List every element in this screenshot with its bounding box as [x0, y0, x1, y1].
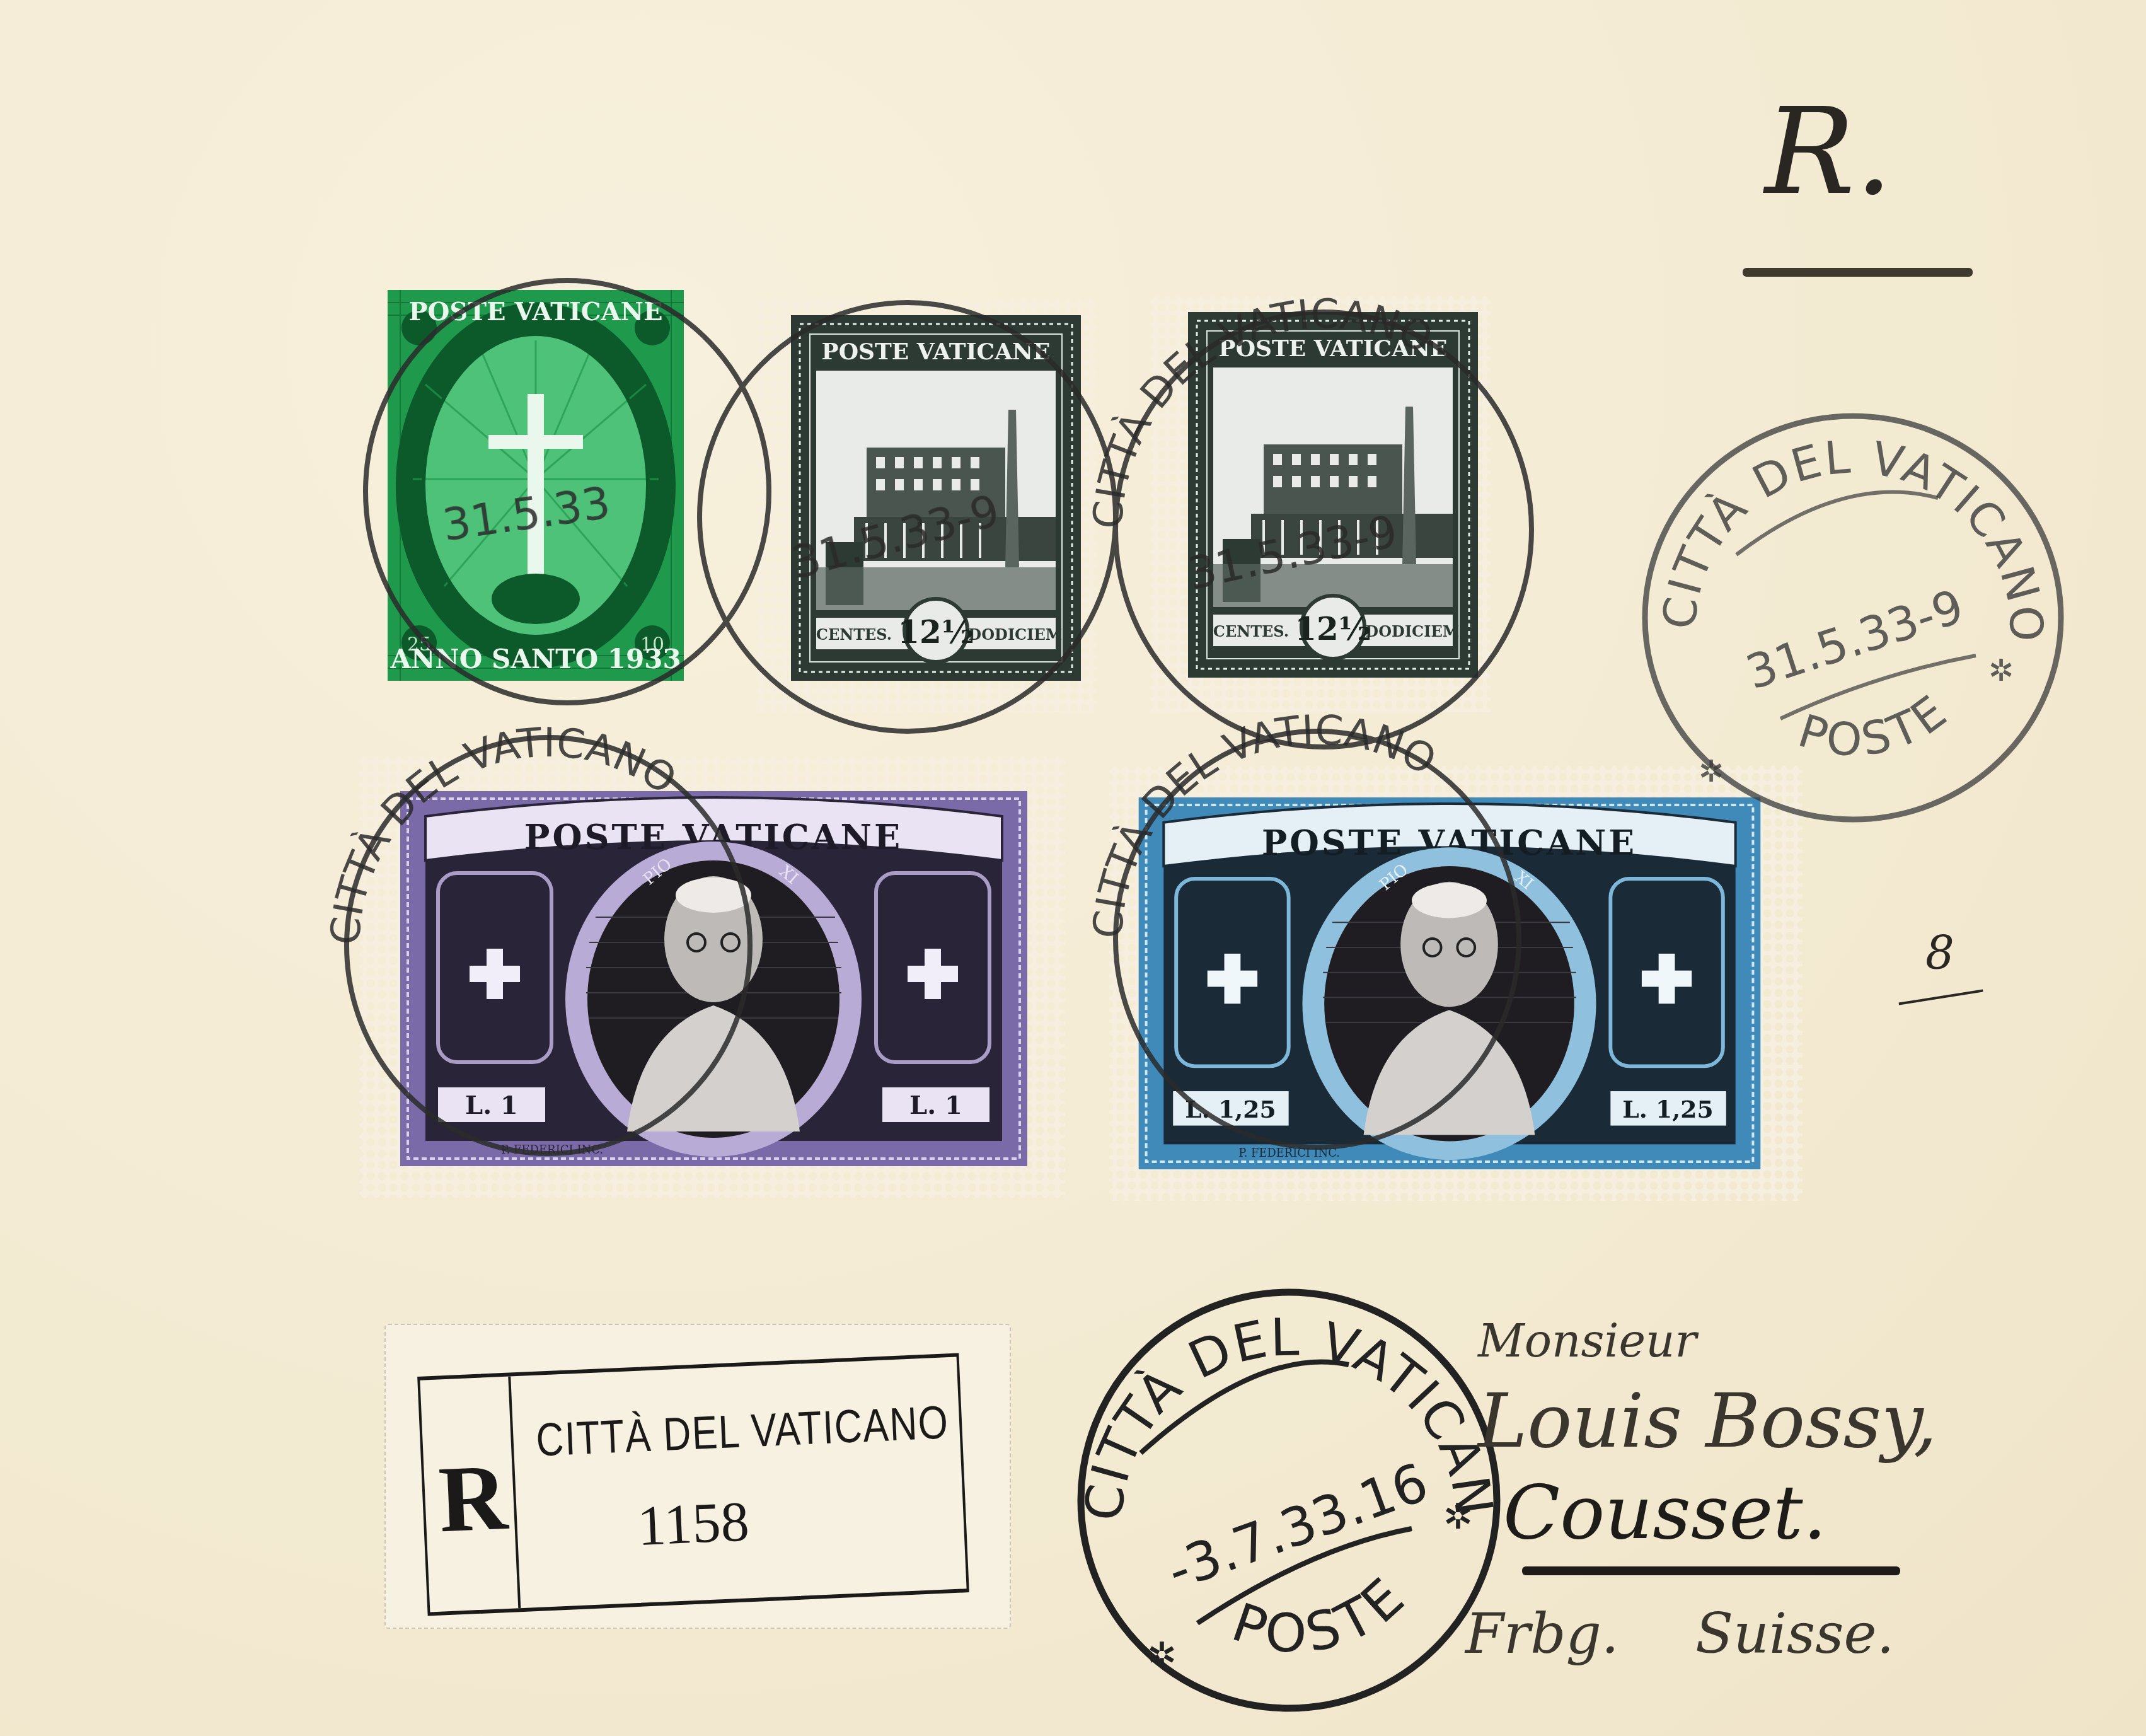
svg-text:POSTE VATICANE: POSTE VATICANE	[822, 339, 1051, 365]
registration-mark: R.	[1765, 82, 1893, 221]
address-line-salutation: Monsieur	[1478, 1314, 1697, 1367]
registration-label-office: CITTÀ DEL VATICANO	[535, 1395, 950, 1467]
stamp-piazza-1: POSTE VATICANE CENTES. DODICIEM. 12½	[791, 315, 1081, 681]
pius-stamp-art: POSTE VATICANE PIO XI L. 1 L. 1 P. FEDER…	[400, 791, 1027, 1166]
pius-stamp-art: POSTE VATICANE PIO XI L. 1,25 L. 1,25 P.…	[1134, 797, 1765, 1169]
svg-text:ANNO SANTO 1933: ANNO SANTO 1933	[389, 644, 681, 674]
svg-text:P. FEDERICI INC.: P. FEDERICI INC.	[1238, 1147, 1340, 1160]
svg-text:POSTE VATICANE: POSTE VATICANE	[1219, 335, 1448, 362]
svg-text:L. 1,25: L. 1,25	[1622, 1096, 1713, 1123]
address-line-country: Suisse.	[1695, 1601, 1894, 1666]
stamp-pius-blue: POSTE VATICANE PIO XI L. 1,25 L. 1,25 P.…	[1134, 797, 1765, 1169]
registration-underline	[1743, 268, 1973, 277]
svg-text:CENTES.: CENTES.	[1213, 622, 1289, 640]
address-line-town: Cousset.	[1503, 1469, 1826, 1556]
stamp-holy-year: 25 10 POSTE VATICANE ANNO SANTO 1933	[388, 290, 684, 681]
svg-text:DODICIEM.: DODICIEM.	[968, 625, 1067, 644]
stamp-piazza-2: POSTE VATICANE CENTES. DODICIEM. 12½	[1188, 309, 1478, 681]
stamp-pius-violet: POSTE VATICANE PIO XI L. 1 L. 1 P. FEDER…	[400, 791, 1027, 1166]
piazza-stamp-art: POSTE VATICANE CENTES. DODICIEM. 12½	[791, 315, 1081, 681]
svg-text:CENTES.: CENTES.	[816, 625, 892, 644]
registration-label-letter: R	[437, 1443, 510, 1554]
svg-text:DODICIEM.: DODICIEM.	[1365, 622, 1464, 640]
svg-text:12½: 12½	[897, 613, 974, 651]
address-line-name: Louis Bossy,	[1478, 1377, 1937, 1464]
registration-label-divider	[508, 1376, 521, 1608]
address-underline	[1522, 1566, 1900, 1575]
svg-text:L. 1,25: L. 1,25	[1185, 1096, 1276, 1123]
registration-label-number: 1158	[637, 1489, 751, 1559]
svg-text:12½: 12½	[1295, 610, 1371, 647]
piazza-stamp-art: POSTE VATICANE CENTES. DODICIEM. 12½	[1188, 309, 1478, 681]
pencil-note: 8	[1925, 927, 1954, 980]
svg-text:P. FEDERICI INC.: P. FEDERICI INC.	[501, 1143, 603, 1157]
address-line-canton: Frbg.	[1465, 1601, 1619, 1666]
svg-text:POSTE VATICANE: POSTE VATICANE	[408, 297, 662, 327]
svg-text:L. 1: L. 1	[465, 1091, 518, 1120]
registration-label: R CITTÀ DEL VATICANO 1158	[417, 1353, 969, 1616]
svg-text:L. 1: L. 1	[909, 1091, 962, 1120]
holy-year-stamp-art: 25 10 POSTE VATICANE ANNO SANTO 1933	[388, 290, 684, 681]
